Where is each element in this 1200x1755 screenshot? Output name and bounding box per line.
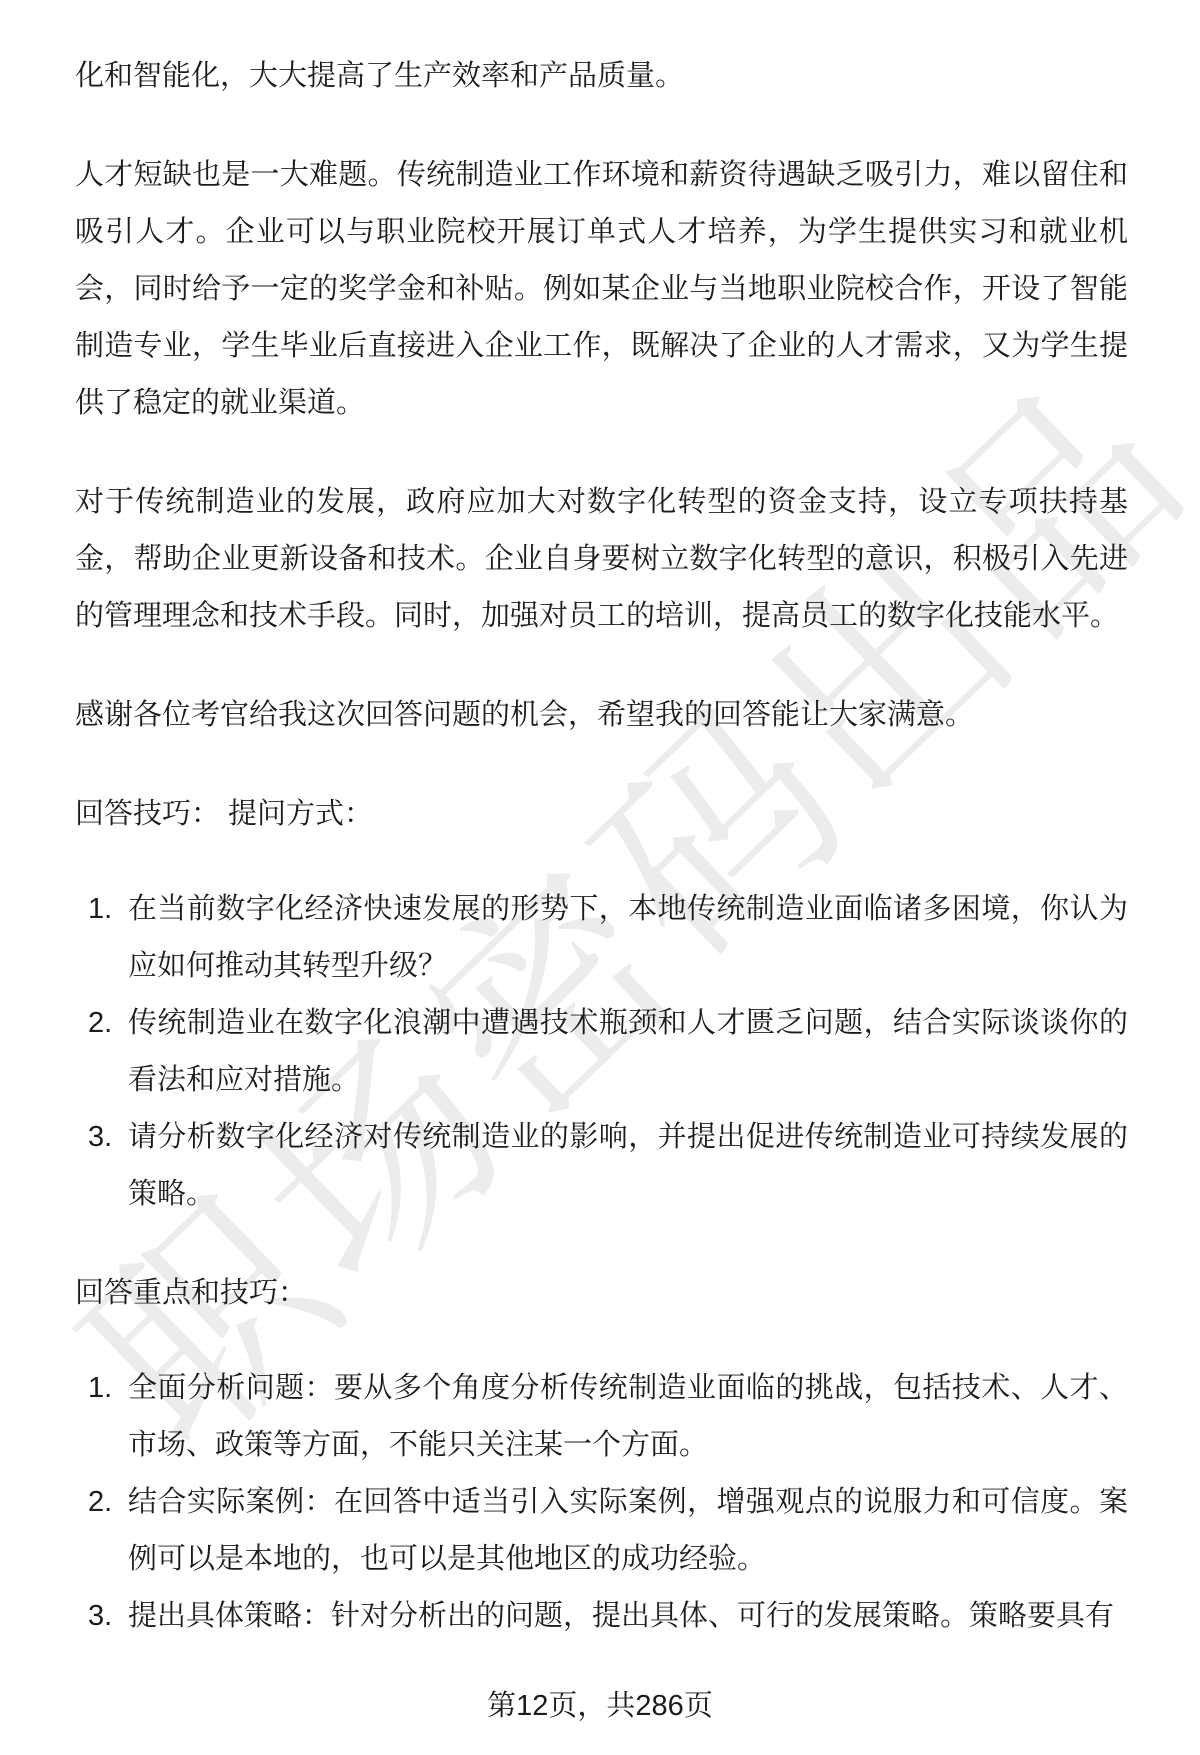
list-item-text: 请分析数字化经济对传统制造业的影响，并提出促进传统制造业可持续发展的策略。 <box>128 1121 1128 1210</box>
document-content: 化和智能化，大大提高了生产效率和产品质量。 人才短缺也是一大难题。传统制造业工作… <box>0 0 1200 1687</box>
list-item: 2. 结合实际案例：在回答中适当引入实际案例，增强观点的说服力和可信度。案例可以… <box>75 1474 1128 1588</box>
list-item-marker: 2. <box>88 1474 112 1531</box>
body-paragraph: 感谢各位考官给我这次回答问题的机会，希望我的回答能让大家满意。 <box>75 687 1128 744</box>
section-heading: 回答重点和技巧： <box>75 1265 1128 1322</box>
list-item: 3. 提出具体策略：针对分析出的问题，提出具体、可行的发展策略。策略要具有 <box>75 1588 1128 1645</box>
document-page: 职场密码出品 化和智能化，大大提高了生产效率和产品质量。 人才短缺也是一大难题。… <box>0 0 1200 1755</box>
section-heading: 回答技巧： 提问方式： <box>75 786 1128 843</box>
body-paragraph: 化和智能化，大大提高了生产效率和产品质量。 <box>75 48 1128 105</box>
list-item-marker: 3. <box>88 1109 112 1166</box>
page-number-footer: 第12页，共286页 <box>0 1678 1200 1735</box>
list-item-marker: 2. <box>88 995 112 1052</box>
list-item-text: 在当前数字化经济快速发展的形势下，本地传统制造业面临诸多困境，你认为应如何推动其… <box>128 893 1128 982</box>
list-item-text: 结合实际案例：在回答中适当引入实际案例，增强观点的说服力和可信度。案例可以是本地… <box>128 1486 1128 1575</box>
list-item-text: 传统制造业在数字化浪潮中遭遇技术瓶颈和人才匮乏问题，结合实际谈谈你的看法和应对措… <box>128 1007 1128 1096</box>
list-item: 1. 全面分析问题：要从多个角度分析传统制造业面临的挑战，包括技术、人才、市场、… <box>75 1360 1128 1474</box>
list-item: 2. 传统制造业在数字化浪潮中遭遇技术瓶颈和人才匮乏问题，结合实际谈谈你的看法和… <box>75 995 1128 1109</box>
question-list: 1. 在当前数字化经济快速发展的形势下，本地传统制造业面临诸多困境，你认为应如何… <box>75 881 1128 1223</box>
body-paragraph: 人才短缺也是一大难题。传统制造业工作环境和薪资待遇缺乏吸引力，难以留住和吸引人才… <box>75 147 1128 432</box>
list-item-text: 全面分析问题：要从多个角度分析传统制造业面临的挑战，包括技术、人才、市场、政策等… <box>128 1372 1128 1461</box>
body-paragraph: 对于传统制造业的发展，政府应加大对数字化转型的资金支持，设立专项扶持基金，帮助企… <box>75 474 1128 645</box>
list-item: 1. 在当前数字化经济快速发展的形势下，本地传统制造业面临诸多困境，你认为应如何… <box>75 881 1128 995</box>
list-item-marker: 3. <box>88 1588 112 1645</box>
list-item-text: 提出具体策略：针对分析出的问题，提出具体、可行的发展策略。策略要具有 <box>128 1600 1114 1632</box>
tips-list: 1. 全面分析问题：要从多个角度分析传统制造业面临的挑战，包括技术、人才、市场、… <box>75 1360 1128 1645</box>
list-item: 3. 请分析数字化经济对传统制造业的影响，并提出促进传统制造业可持续发展的策略。 <box>75 1109 1128 1223</box>
list-item-marker: 1. <box>88 1360 112 1417</box>
list-item-marker: 1. <box>88 881 112 938</box>
